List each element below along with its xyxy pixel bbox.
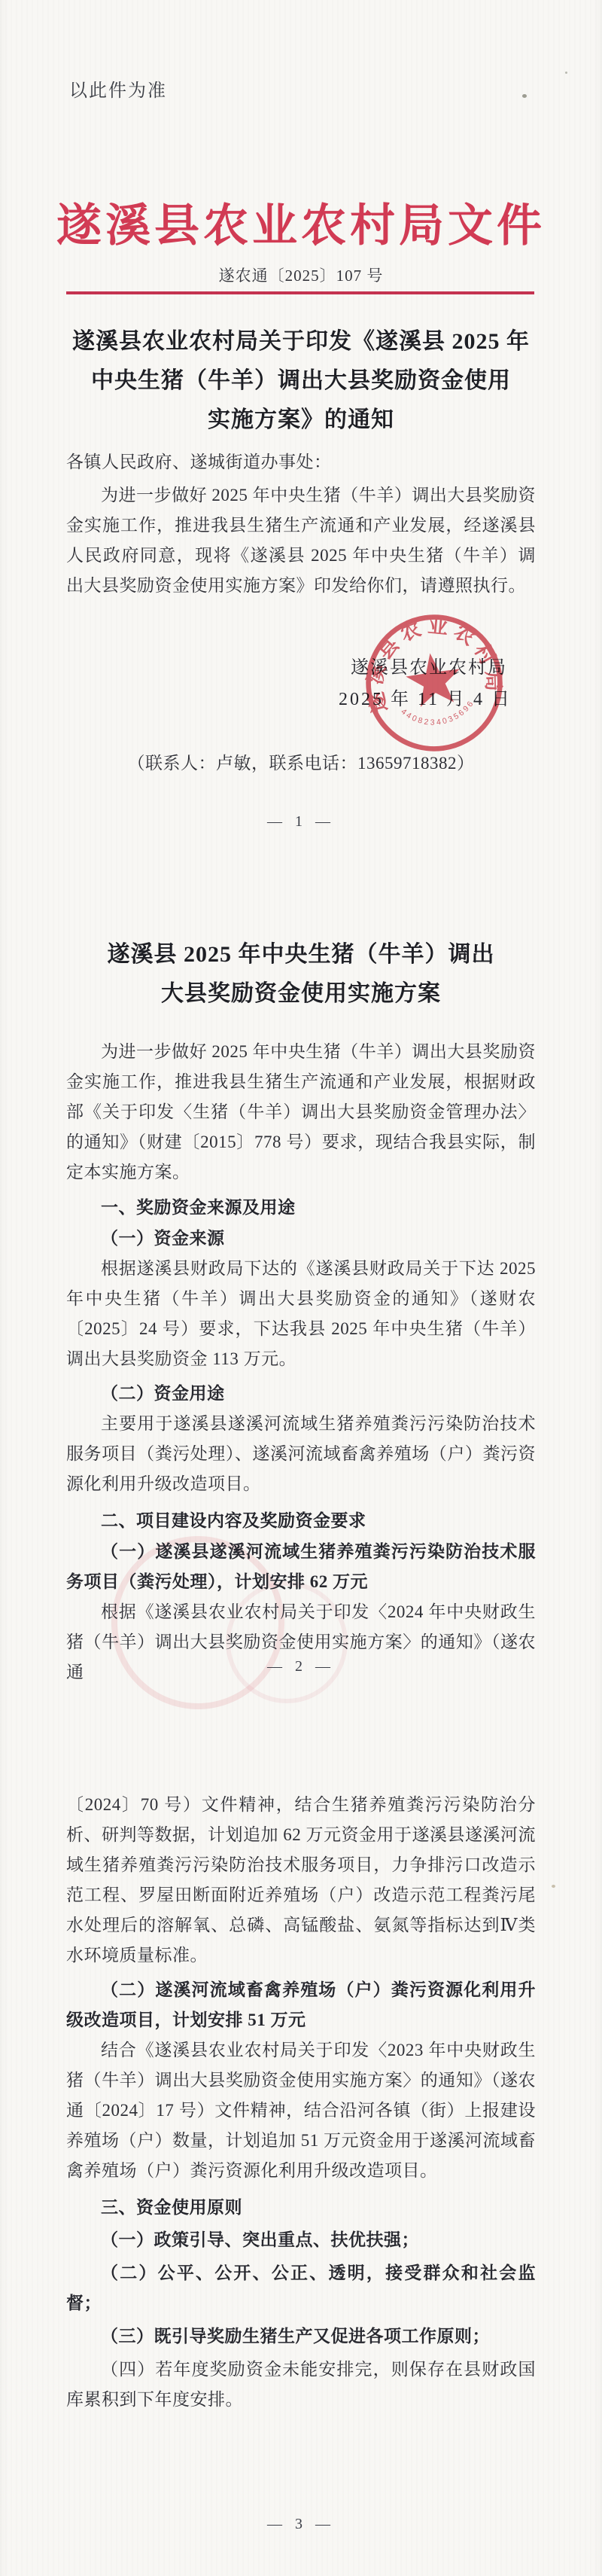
principle-item-4: （四）若年度奖励资金未能安排完，则保存在县财政国库累积到下年度安排。 (66, 2355, 536, 2415)
principle-item-1: （一）政策引导、突出重点、扶优扶强； (66, 2225, 536, 2255)
notice-title-line: 遂溪县农业农村局关于印发《遂溪县 2025 年 (0, 322, 602, 361)
page-1: 以此件为准 遂溪县农业农村局文件 遂农通〔2025〕107 号 遂溪县农业农村局… (0, 0, 602, 858)
scan-speck (565, 72, 567, 74)
svg-text:4408234035696: 4408234035696 (399, 698, 479, 733)
scanned-document: 以此件为准 遂溪县农业农村局文件 遂农通〔2025〕107 号 遂溪县农业农村局… (0, 0, 602, 2576)
section-heading-2: 二、项目建设内容及奖励资金要求 (66, 1505, 536, 1535)
issuing-org-letterhead: 遂溪县农业农村局文件 (0, 190, 602, 255)
funding-usage-paragraph: 主要用于遂溪县遂溪河流域生猪养殖粪污污染防治技术服务项目（粪污处理）、遂溪河流域… (66, 1409, 536, 1499)
section-heading-1: 一、奖励资金来源及用途 (66, 1192, 536, 1222)
principle-item-3: （三）既引导奖励生猪生产又促进各项工作原则； (66, 2321, 536, 2352)
page-2: 遂溪县 2025 年中央生猪（牛羊）调出 大县奖励资金使用实施方案 为进一步做好… (0, 858, 602, 1718)
notice-body-paragraph: 为进一步做好 2025 年中央生猪（牛羊）调出大县奖励资金实施工作，推进我县生猪… (66, 480, 536, 601)
red-divider-rule (66, 291, 534, 294)
page-number-2: — 2 — (0, 1658, 602, 1675)
subheading-2-2: （二）遂溪河流域畜禽养殖场（户）粪污资源化利用升级改造项目，计划安排 51 万元 (66, 1975, 536, 2035)
section-heading-3: 三、资金使用原则 (66, 2192, 536, 2222)
official-seal: 遂溪县农业农村局 4408234035696 (354, 602, 515, 764)
continuation-paragraph: 〔2024〕70 号）文件精神，结合生猪养殖粪污污染防治分析、研判等数据，计划追… (66, 1790, 536, 1971)
approval-note: 以此件为准 (69, 75, 167, 102)
subheading-2-1: （一）遂溪县遂溪河流域生猪养殖粪污污染防治技术服务项目（粪污处理），计划安排 6… (66, 1537, 536, 1597)
plan-title: 遂溪县 2025 年中央生猪（牛羊）调出 大县奖励资金使用实施方案 (0, 935, 602, 1014)
page-number-3: — 3 — (0, 2516, 602, 2533)
page-2-body: 为进一步做好 2025 年中央生猪（牛羊）调出大县奖励资金实施工作，推进我县生猪… (66, 1037, 536, 1687)
page-3: 〔2024〕70 号）文件精神，结合生猪养殖粪污污染防治分析、研判等数据，计划追… (0, 1718, 602, 2576)
document-number: 遂农通〔2025〕107 号 (0, 264, 602, 286)
notice-title-line: 中央生猪（牛羊）调出大县奖励资金使用 (0, 361, 602, 401)
plan-title-line: 遂溪县 2025 年中央生猪（牛羊）调出 (0, 935, 602, 974)
seal-serial-number: 4408234035696 (399, 698, 479, 733)
subheading-1-2: （二）资金用途 (66, 1379, 536, 1409)
plan-intro-paragraph: 为进一步做好 2025 年中央生猪（牛羊）调出大县奖励资金实施工作，推进我县生猪… (66, 1037, 536, 1187)
notice-title-line: 实施方案》的通知 (0, 401, 602, 440)
principle-item-2: （二）公平、公开、公正、透明，接受群众和社会监督； (66, 2258, 536, 2318)
plan-title-line: 大县奖励资金使用实施方案 (0, 974, 602, 1014)
subheading-1-1: （一）资金来源 (66, 1224, 536, 1254)
basis-paragraph-2: 结合《遂溪县农业农村局关于印发〈2023 年中央财政生猪（牛羊）调出大县奖励资金… (66, 2035, 536, 2186)
funding-source-paragraph: 根据遂溪县财政局下达的《遂溪县财政局关于下达 2025 年中央生猪（牛羊）调出大… (66, 1254, 536, 1374)
page-3-body: 〔2024〕70 号）文件精神，结合生猪养殖粪污污染防治分析、研判等数据，计划追… (66, 1790, 536, 2415)
scan-speck (522, 94, 527, 98)
addressee-line: 各镇人民政府、遂城街道办事处： (66, 447, 536, 477)
seal-star-icon (403, 649, 464, 708)
notice-body: 为进一步做好 2025 年中央生猪（牛羊）调出大县奖励资金实施工作，推进我县生猪… (66, 480, 536, 601)
page-number-1: — 1 — (0, 813, 602, 831)
scan-speck (552, 1885, 555, 1888)
contact-line: （联系人：卢敏，联系电话：13659718382） (0, 749, 602, 774)
notice-title: 遂溪县农业农村局关于印发《遂溪县 2025 年 中央生猪（牛羊）调出大县奖励资金… (0, 322, 602, 440)
